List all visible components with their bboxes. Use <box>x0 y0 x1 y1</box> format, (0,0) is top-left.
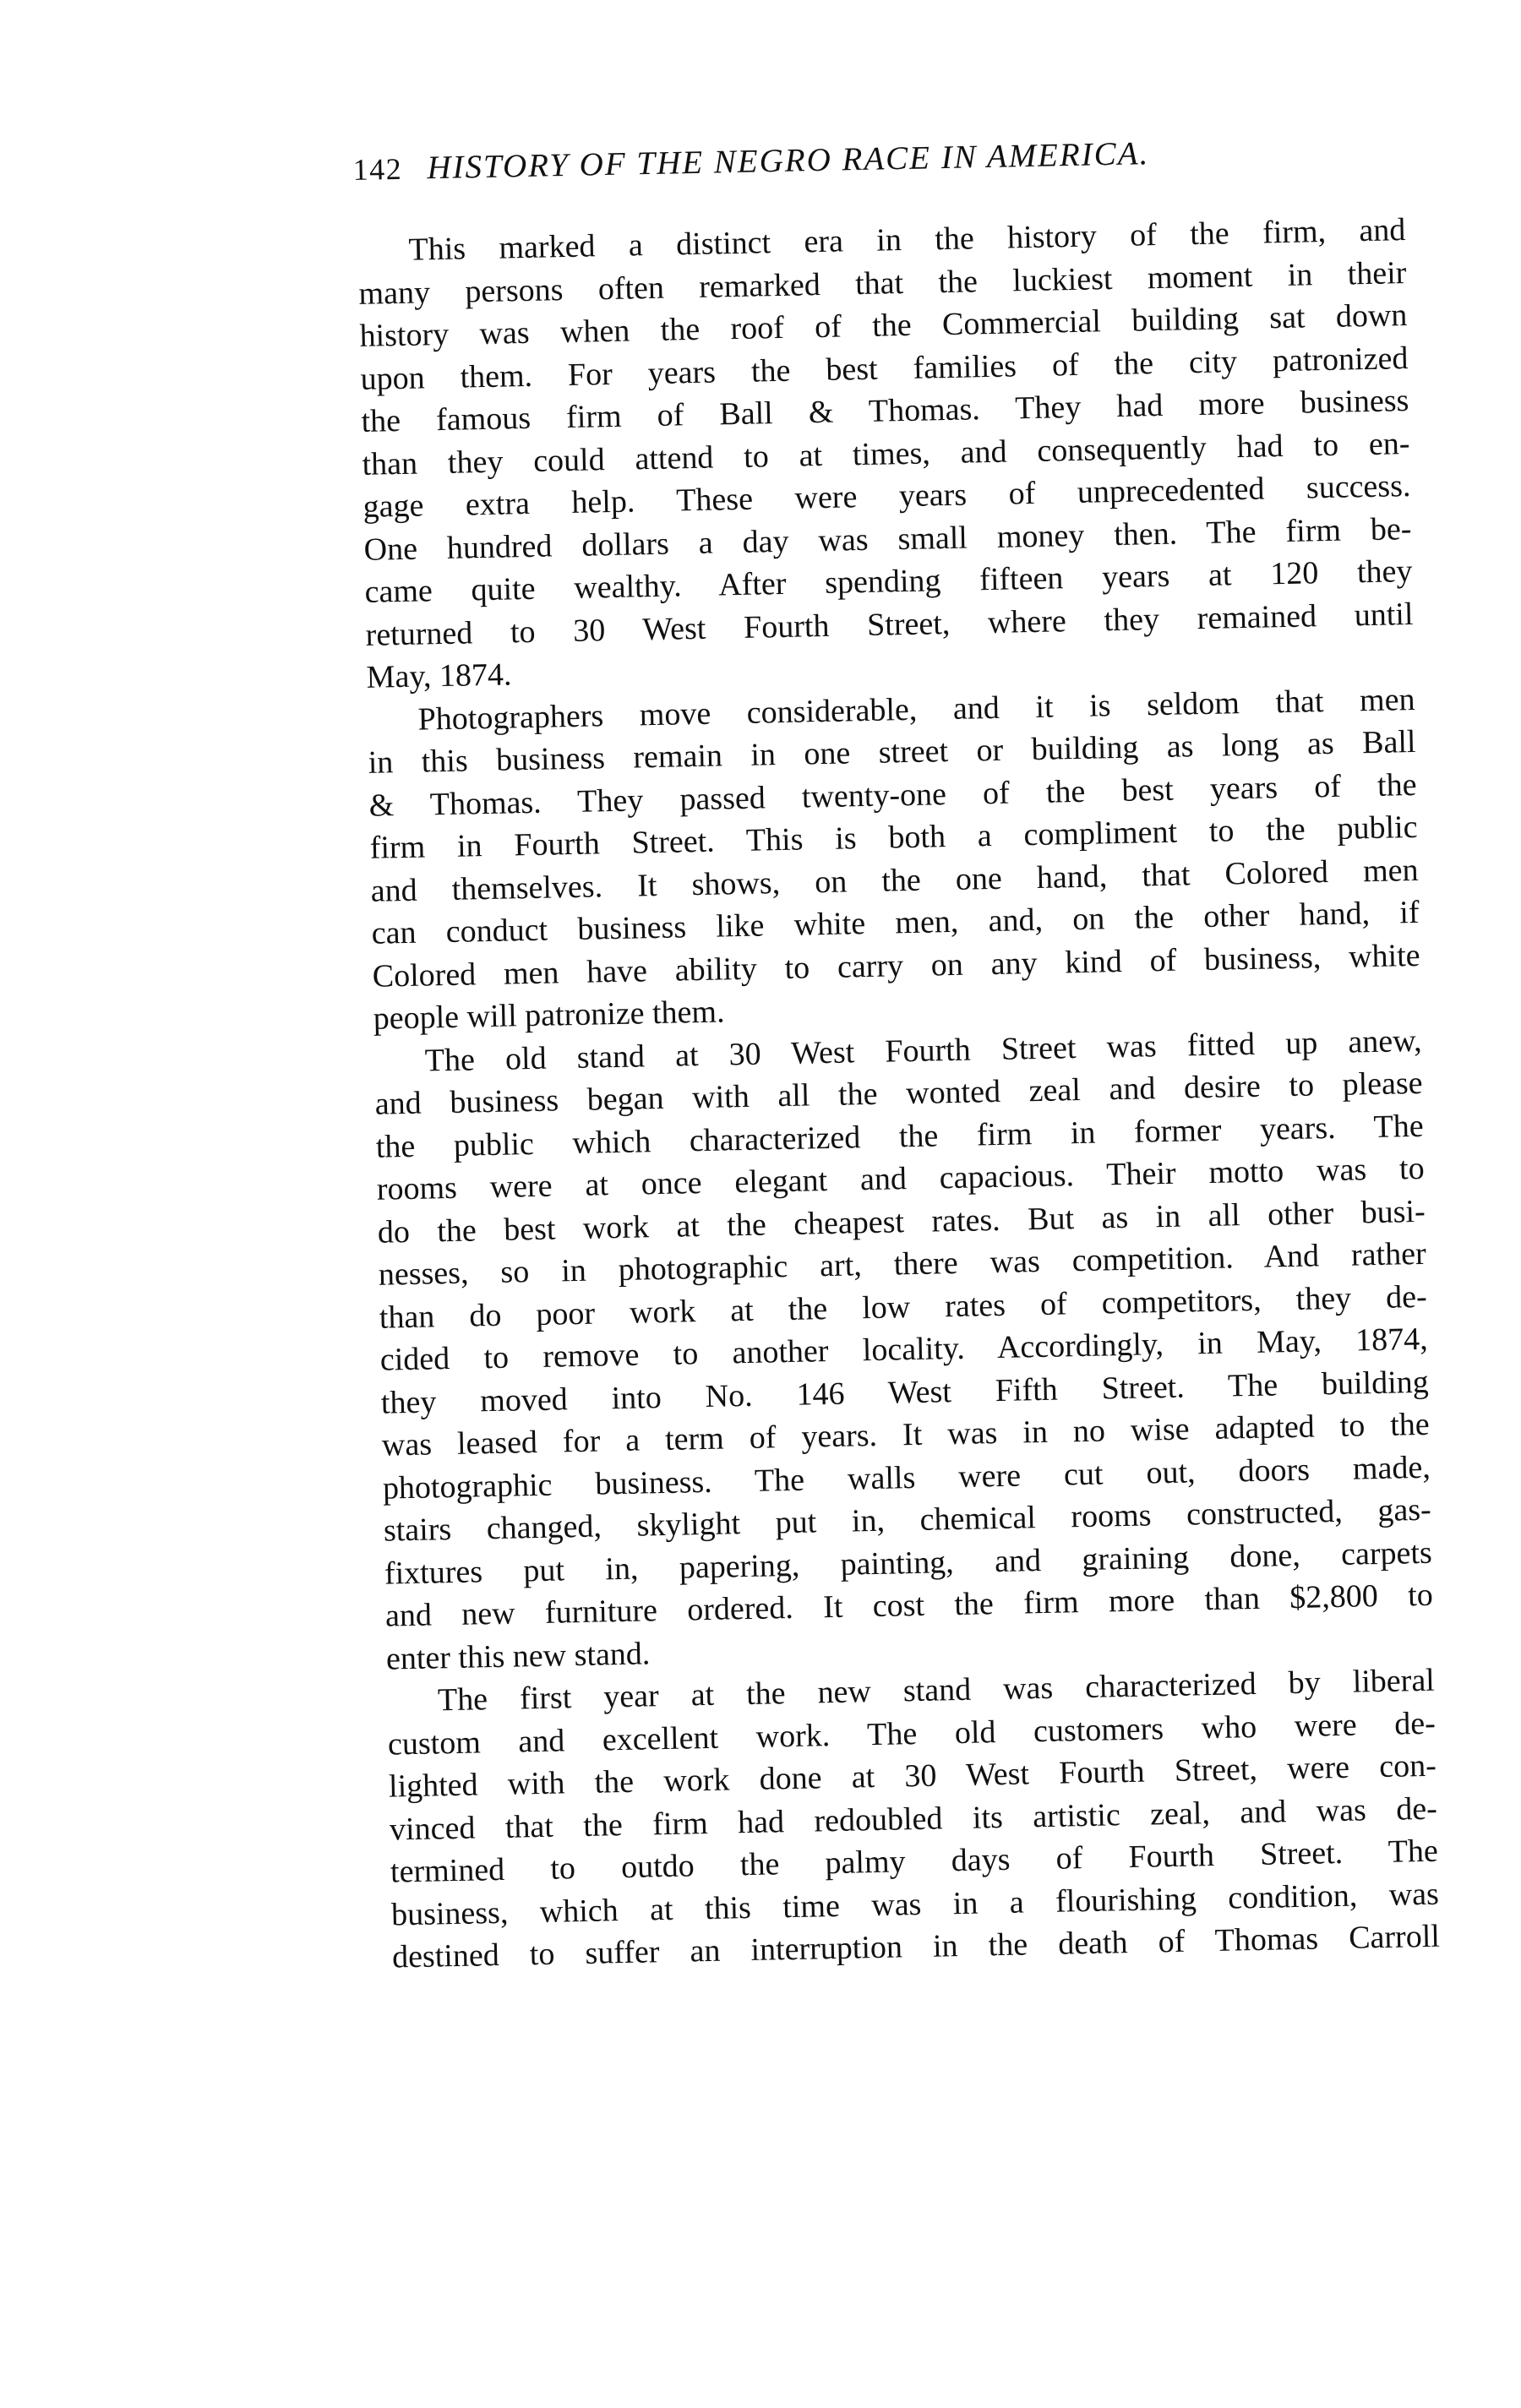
paragraph: The old stand at 30 West Fourth Street w… <box>373 1019 1434 1680</box>
paragraph: This marked a distinct era in the histor… <box>357 209 1415 699</box>
page-number: 142 <box>352 152 402 187</box>
running-head: 142 HISTORY OF THE NEGRO RACE IN AMERICA… <box>352 129 1418 188</box>
paragraph: Photographers move considerable, and it … <box>367 678 1421 1040</box>
paragraph: The first year at the new stand was char… <box>387 1659 1441 1979</box>
book-page: 142 HISTORY OF THE NEGRO RACE IN AMERICA… <box>0 0 1521 2408</box>
body-text: This marked a distinct era in the histor… <box>357 209 1440 1979</box>
running-title: HISTORY OF THE NEGRO RACE IN AMERICA. <box>427 135 1150 186</box>
